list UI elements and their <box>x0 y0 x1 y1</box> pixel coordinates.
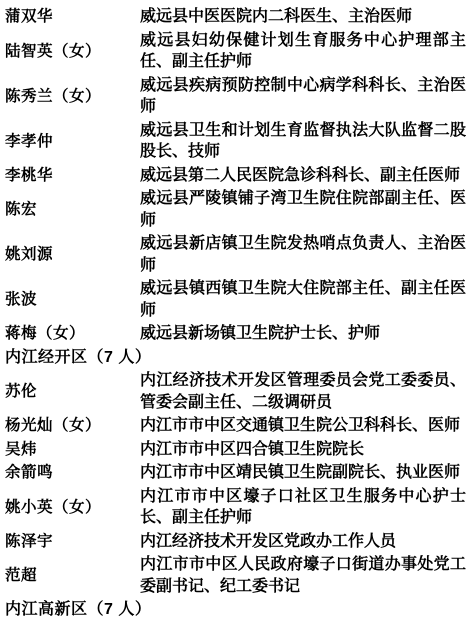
table-row: 蒋梅（女）威远县新场镇卫生院护士长、护师 <box>5 323 466 345</box>
person-title: 威远县卫生和计划生育监督执法大队监督二股股长、技师 <box>140 120 466 163</box>
person-name: 苏伦 <box>5 381 140 402</box>
person-title: 威远县中医医院内二科医生、主治医师 <box>140 6 466 28</box>
table-row: 吴炜内江市市中区四合镇卫生院院长 <box>5 439 466 461</box>
person-title: 内江市市中区壕子口社区卫生服务中心护士长、副主任护师 <box>140 486 466 529</box>
person-title: 威远县严陵镇铺子湾卫生院住院部副主任、医师 <box>140 188 466 231</box>
person-name: 陈宏 <box>5 199 140 220</box>
section-header: 内江高新区（7 人） <box>5 599 466 621</box>
person-name: 陆智英（女） <box>5 41 140 62</box>
table-row: 李孝仲威远县卫生和计划生育监督执法大队监督二股股长、技师 <box>5 120 466 163</box>
person-name: 杨光灿（女） <box>5 415 140 436</box>
table-row: 张波威远县镇西镇卫生院大住院部主任、副主任医师 <box>5 278 466 321</box>
document-page: 蒲双华威远县中医医院内二科医生、主治医师陆智英（女）威远县妇幼保健计划生育服务中… <box>0 0 468 640</box>
person-title: 内江市市中区交通镇卫生院公卫科科长、医师 <box>140 415 466 437</box>
person-title: 内江市市中区人民政府壕子口街道办事处党工委副书记、纪工委书记 <box>140 554 466 597</box>
person-title: 威远县第二人民医院急诊科科长、副主任医师 <box>140 165 466 187</box>
person-title: 威远县疾病预防控制中心病学科科长、主治医师 <box>140 75 466 118</box>
person-title: 威远县镇西镇卫生院大住院部主任、副主任医师 <box>140 278 466 321</box>
person-name: 姚刘源 <box>5 244 140 265</box>
person-name: 李桃华 <box>5 165 140 186</box>
table-row: 李桃华威远县第二人民医院急诊科科长、副主任医师 <box>5 165 466 187</box>
table-row: 陆智英（女）威远县妇幼保健计划生育服务中心护理部主任、副主任护师 <box>5 30 466 73</box>
person-title: 威远县新场镇卫生院护士长、护师 <box>140 323 466 345</box>
table-row: 陈秀兰（女）威远县疾病预防控制中心病学科科长、主治医师 <box>5 75 466 118</box>
table-row: 陈宏威远县严陵镇铺子湾卫生院住院部副主任、医师 <box>5 188 466 231</box>
roster-list: 蒲双华威远县中医医院内二科医生、主治医师陆智英（女）威远县妇幼保健计划生育服务中… <box>5 6 466 621</box>
person-name: 蒲双华 <box>5 6 140 27</box>
table-row: 杨光灿（女）内江市市中区交通镇卫生院公卫科科长、医师 <box>5 415 466 437</box>
person-title: 威远县新店镇卫生院发热哨点负责人、主治医师 <box>140 233 466 276</box>
person-name: 吴炜 <box>5 439 140 460</box>
table-row: 苏伦内江经济技术开发区管理委员会党工委委员、管委会副主任、二级调研员 <box>5 370 466 413</box>
person-name: 张波 <box>5 289 140 310</box>
table-row: 姚小英（女）内江市市中区壕子口社区卫生服务中心护士长、副主任护师 <box>5 486 466 529</box>
table-row: 蒲双华威远县中医医院内二科医生、主治医师 <box>5 6 466 28</box>
person-name: 陈秀兰（女） <box>5 86 140 107</box>
person-name: 陈泽宇 <box>5 531 140 552</box>
section-header: 内江经开区（7 人） <box>5 347 466 369</box>
person-title: 内江经济技术开发区管理委员会党工委委员、管委会副主任、二级调研员 <box>140 370 466 413</box>
person-name: 蒋梅（女） <box>5 323 140 344</box>
person-title: 内江市市中区四合镇卫生院院长 <box>140 439 466 461</box>
person-name: 余箭鸣 <box>5 462 140 483</box>
table-row: 余箭鸣内江市市中区靖民镇卫生院副院长、执业医师 <box>5 462 466 484</box>
table-row: 姚刘源威远县新店镇卫生院发热哨点负责人、主治医师 <box>5 233 466 276</box>
table-row: 陈泽宇内江经济技术开发区党政办工作人员 <box>5 531 466 553</box>
person-name: 范超 <box>5 565 140 586</box>
table-row: 范超内江市市中区人民政府壕子口街道办事处党工委副书记、纪工委书记 <box>5 554 466 597</box>
person-title: 威远县妇幼保健计划生育服务中心护理部主任、副主任护师 <box>140 30 466 73</box>
person-title: 内江经济技术开发区党政办工作人员 <box>140 531 466 553</box>
person-title: 内江市市中区靖民镇卫生院副院长、执业医师 <box>140 462 466 484</box>
person-name: 姚小英（女） <box>5 497 140 518</box>
person-name: 李孝仲 <box>5 131 140 152</box>
